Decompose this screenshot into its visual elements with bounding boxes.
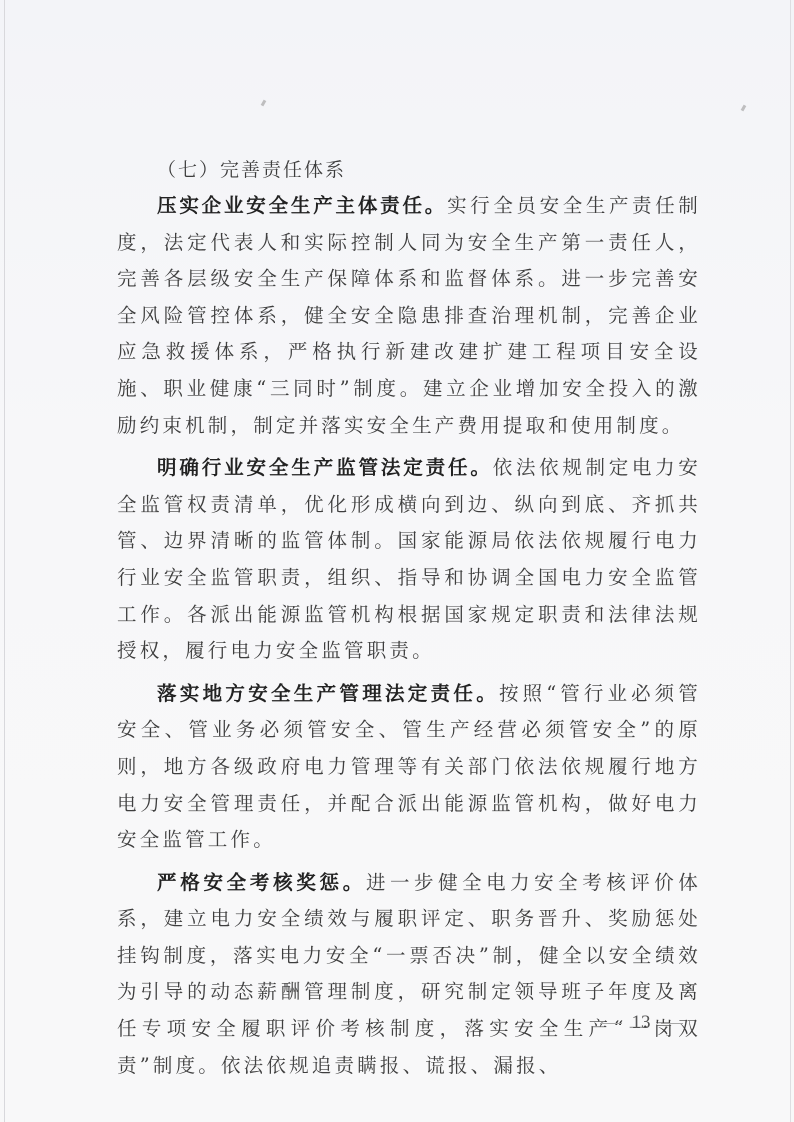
paragraph-lead: 明确行业安全生产监管法定责任。 <box>157 456 493 479</box>
scan-edge-right <box>790 0 791 1122</box>
paragraph-lead: 压实企业安全生产主体责任。 <box>157 194 447 217</box>
paragraph-lead: 严格安全考核奖惩。 <box>157 871 366 894</box>
paragraph-assessment-rewards: 严格安全考核奖惩。进一步健全电力安全考核评价体系，建立电力安全绩效与履职评定、职… <box>117 865 701 1085</box>
paragraph-body: 实行全员安全生产责任制度，法定代表人和实际控制人同为安全生产第一责任人，完善各层… <box>117 194 701 437</box>
scan-edge-left <box>4 0 5 1122</box>
paragraph-body: 依法依规制定电力安全监管权责清单，优化形成横向到边、纵向到底、齐抓共管、边界清晰… <box>117 456 701 662</box>
scan-speck <box>741 105 747 112</box>
scan-speck <box>261 100 267 107</box>
paragraph-lead: 落实地方安全生产管理法定责任。 <box>157 682 499 705</box>
section-heading: （七）完善责任体系 <box>117 152 701 188</box>
paragraph-industry-supervision: 明确行业安全生产监管法定责任。依法依规制定电力安全监管权责清单，优化形成横向到边… <box>117 450 701 670</box>
page-number: 13 <box>632 1012 651 1034</box>
document-body: （七）完善责任体系 压实企业安全生产主体责任。实行全员安全生产责任制度，法定代表… <box>117 152 701 1084</box>
footer-dash-left <box>600 1023 622 1024</box>
paragraph-enterprise-responsibility: 压实企业安全生产主体责任。实行全员安全生产责任制度，法定代表人和实际控制人同为安… <box>117 188 701 444</box>
paragraph-local-management: 落实地方安全生产管理法定责任。按照“管行业必须管安全、管业务必须管安全、管生产经… <box>117 676 701 859</box>
document-page: （七）完善责任体系 压实企业安全生产主体责任。实行全员安全生产责任制度，法定代表… <box>0 0 794 1122</box>
footer-dash-right <box>661 1023 683 1024</box>
paragraph-body: 按照“管行业必须管安全、管业务必须管安全、管生产经营必须管安全”的原则，地方各级… <box>117 682 701 851</box>
page-footer: 13 <box>596 1012 686 1034</box>
paragraph-body: 进一步健全电力安全考核评价体系，建立电力安全绩效与履职评定、职务晋升、奖励惩处挂… <box>117 871 701 1077</box>
